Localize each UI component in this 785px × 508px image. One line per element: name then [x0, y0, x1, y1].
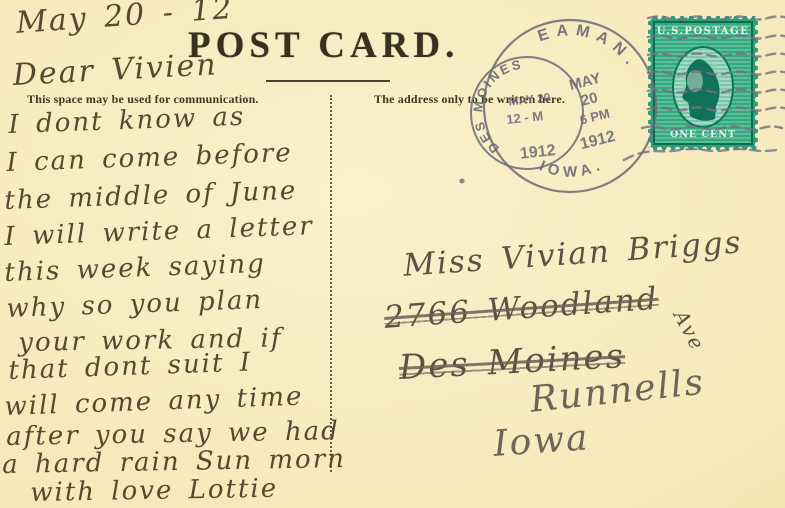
message-line: will come any time — [4, 382, 304, 422]
message-line: why so you plan — [6, 285, 264, 324]
message-line: the middle of June — [4, 176, 298, 216]
message-line: this week saying — [4, 249, 266, 288]
message-line: I dont know as — [8, 102, 246, 140]
message-closing: with love Lottie — [30, 474, 278, 508]
handwritten-salutation: Dear Vivien — [12, 47, 218, 93]
title-underline-rule — [266, 80, 390, 82]
postcard-title: POST CARD. — [188, 24, 459, 67]
address-street-struck: 2766 Woodland — [383, 281, 660, 336]
postcard-back: POST CARD. This space may be used for co… — [0, 0, 785, 508]
inner-postmark-date: MAY 20 — [508, 90, 552, 108]
message-line: I can come before — [6, 138, 293, 178]
inner-postmark-time: 12 - M — [506, 108, 544, 127]
message-line: I will write a letter — [4, 211, 314, 252]
address-redirect-state: Iowa — [492, 417, 591, 465]
address-recipient: Miss Vivian Briggs — [402, 224, 744, 284]
cancellation-lines — [612, 8, 785, 183]
inner-postmark-year: 1912 — [519, 142, 556, 163]
postmark-ink-dot — [460, 179, 465, 184]
address-street-suffix: Ave — [669, 306, 710, 355]
